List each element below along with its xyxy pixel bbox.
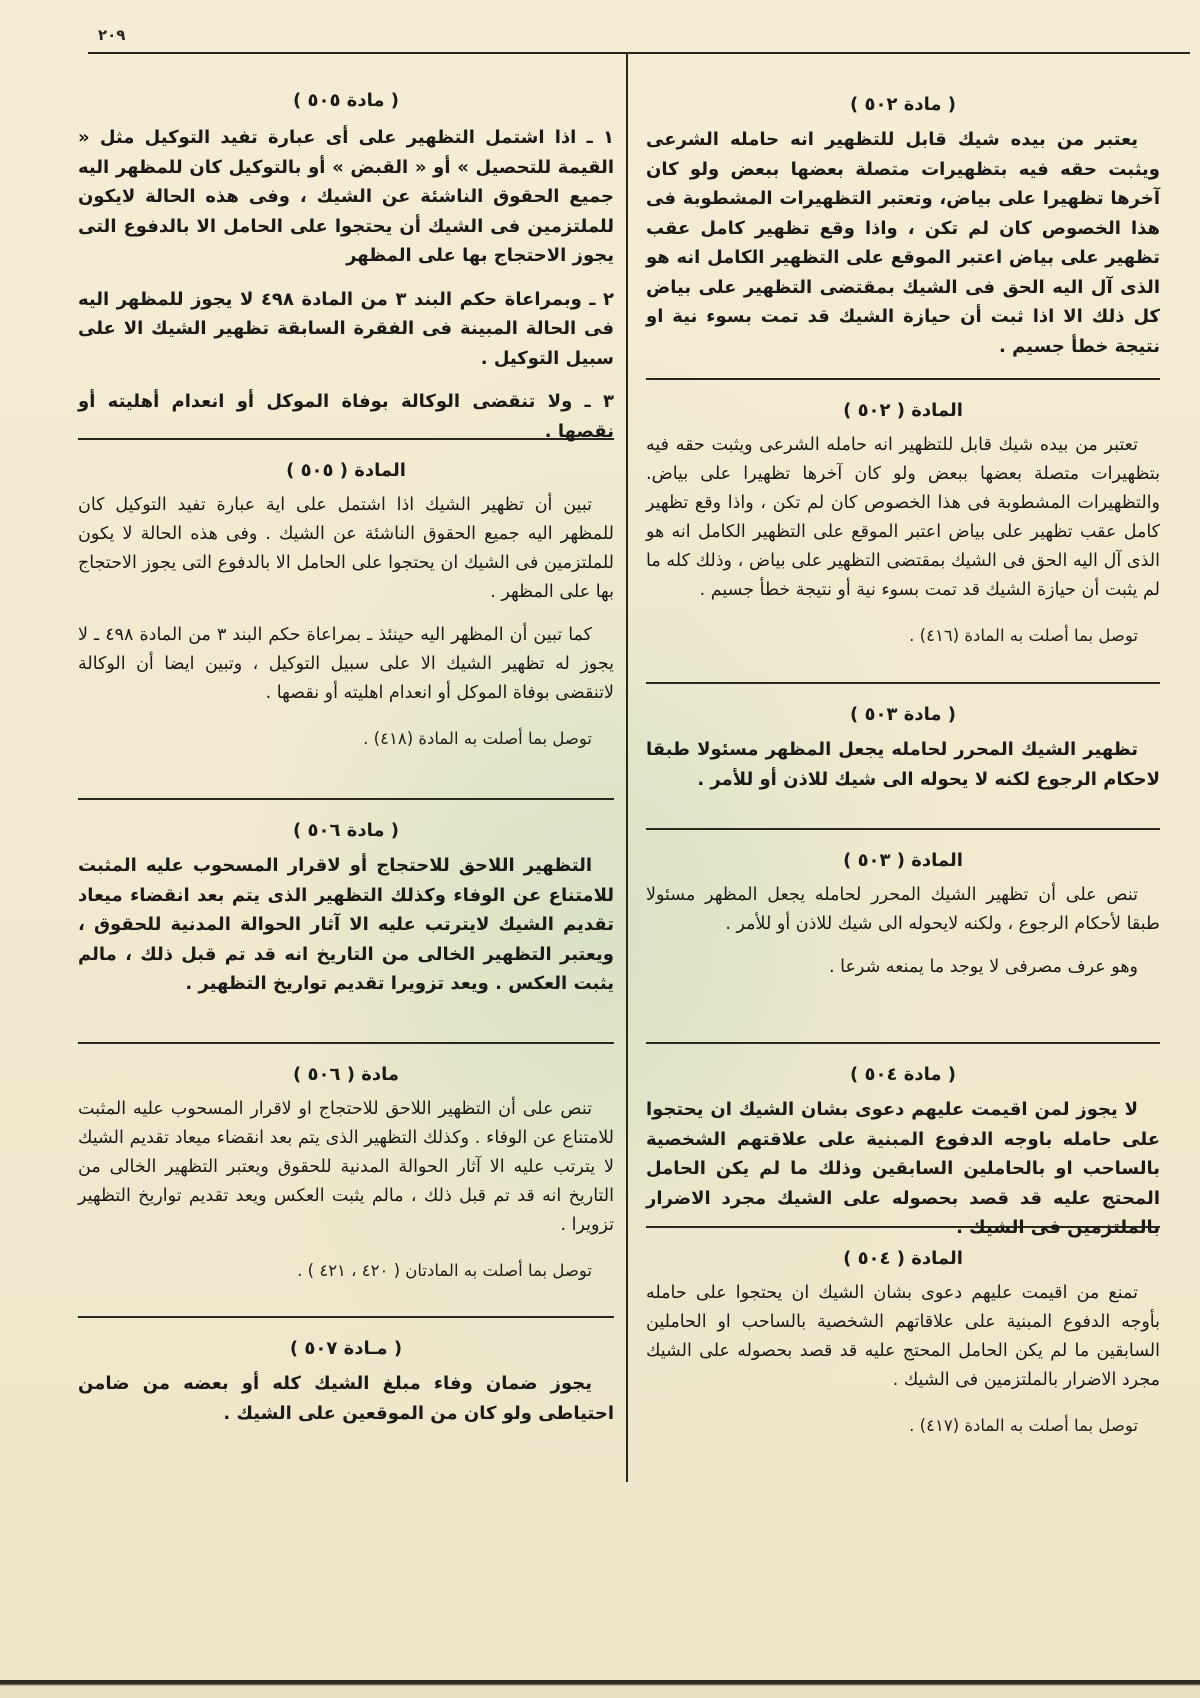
section-divider xyxy=(646,1042,1160,1044)
commentary-paragraph: تعتبر من بيده شيك قابل للتظهير انه حامله… xyxy=(646,431,1160,605)
article-506-text: ( مادة ٥٠٦ ) التظهير اللاحق للاحتجاج أو … xyxy=(78,820,614,1026)
header-rule xyxy=(88,52,1190,54)
section-divider xyxy=(646,378,1160,380)
commentary-paragraph: تبين أن تظهير الشيك اذا اشتمل على اية عب… xyxy=(78,491,614,607)
source-note: توصل بما أصلت به المادة (٤١٦) . xyxy=(646,623,1160,649)
article-504-commentary: المادة ( ٥٠٤ ) تمنع من اقيمت عليهم دعوى … xyxy=(646,1248,1160,1438)
article-502-commentary: المادة ( ٥٠٢ ) تعتبر من بيده شيك قابل لل… xyxy=(646,400,1160,666)
article-heading: المادة ( ٥٠٤ ) xyxy=(646,1248,1160,1269)
article-505-commentary: المادة ( ٥٠٥ ) تبين أن تظهير الشيك اذا ا… xyxy=(78,460,614,782)
section-divider xyxy=(78,1042,614,1044)
section-divider xyxy=(78,798,614,800)
article-heading: ( مـادة ٥٠٧ ) xyxy=(78,1338,614,1359)
article-heading: ( مادة ٥٠٤ ) xyxy=(646,1064,1160,1085)
article-paragraph: التظهير اللاحق للاحتجاج أو لاقرار المسحو… xyxy=(78,851,614,999)
article-paragraph: تظهير الشيك المحرر لحامله يجعل المظهر مس… xyxy=(646,735,1160,794)
article-heading: ( مادة ٥٠٦ ) xyxy=(78,820,614,841)
article-506-commentary: مادة ( ٥٠٦ ) تنص على أن التظهير اللاحق ل… xyxy=(78,1064,614,1300)
left-column: ( مادة ٥٠٥ ) ١ ـ اذا اشتمل التظهير على أ… xyxy=(78,90,614,1448)
article-clause-2: ٢ ـ وبمراعاة حكم البند ٣ من المادة ٤٩٨ ل… xyxy=(78,285,614,374)
article-heading: المادة ( ٥٠٣ ) xyxy=(646,850,1160,871)
article-504-text: ( مادة ٥٠٤ ) لا يجوز لمن اقيمت عليهم دعو… xyxy=(646,1064,1160,1210)
page-number: ٢٠٩ xyxy=(98,26,125,44)
source-note: توصل بما أصلت به المادة (٤١٧) . xyxy=(646,1413,1160,1439)
commentary-paragraph: وهو عرف مصرفى لا يوجد ما يمنعه شرعا . xyxy=(646,953,1160,982)
article-paragraph: يجوز ضمان وفاء مبلغ الشيك كله أو بعضه من… xyxy=(78,1369,614,1428)
article-heading: المادة ( ٥٠٥ ) xyxy=(78,460,614,481)
commentary-paragraph: تنص على أن تظهير الشيك المحرر لحامله يجع… xyxy=(646,881,1160,939)
article-heading: مادة ( ٥٠٦ ) xyxy=(78,1064,614,1085)
article-503-text: ( مادة ٥٠٣ ) تظهير الشيك المحرر لحامله ي… xyxy=(646,704,1160,812)
source-note: توصل بما أصلت به المادتان ( ٤٢٠ ، ٤٢١ ) … xyxy=(78,1258,614,1284)
commentary-paragraph: تنص على أن التظهير اللاحق للاحتجاج او لا… xyxy=(78,1095,614,1240)
article-heading: ( مادة ٥٠٥ ) xyxy=(78,90,614,111)
section-divider xyxy=(78,1316,614,1318)
commentary-paragraph: كما تبين أن المظهر اليه حينئذ ـ بمراعاة … xyxy=(78,621,614,708)
article-clause-3: ٣ ـ ولا تنقضى الوكالة بوفاة الموكل أو ان… xyxy=(78,387,614,446)
article-paragraph: يعتبر من بيده شيك قابل للتظهير انه حامله… xyxy=(646,125,1160,361)
commentary-paragraph: تمنع من اقيمت عليهم دعوى بشان الشيك ان ي… xyxy=(646,1279,1160,1395)
article-clause-1: ١ ـ اذا اشتمل التظهير على أى عبارة تفيد … xyxy=(78,123,614,271)
article-heading: المادة ( ٥٠٢ ) xyxy=(646,400,1160,421)
right-column: ( مادة ٥٠٢ ) يعتبر من بيده شيك قابل للتظ… xyxy=(646,94,1160,1438)
section-divider xyxy=(646,682,1160,684)
article-507-text: ( مـادة ٥٠٧ ) يجوز ضمان وفاء مبلغ الشيك … xyxy=(78,1338,614,1448)
column-divider xyxy=(626,54,628,1482)
article-502-text: ( مادة ٥٠٢ ) يعتبر من بيده شيك قابل للتظ… xyxy=(646,94,1160,362)
article-503-commentary: المادة ( ٥٠٣ ) تنص على أن تظهير الشيك ال… xyxy=(646,850,1160,1026)
article-heading: ( مادة ٥٠٢ ) xyxy=(646,94,1160,115)
source-note: توصل بما أصلت به المادة (٤١٨) . xyxy=(78,726,614,752)
article-505-text: ( مادة ٥٠٥ ) ١ ـ اذا اشتمل التظهير على أ… xyxy=(78,90,614,422)
section-divider xyxy=(646,828,1160,830)
page-bottom-edge xyxy=(0,1680,1200,1698)
article-heading: ( مادة ٥٠٣ ) xyxy=(646,704,1160,725)
article-paragraph: لا يجوز لمن اقيمت عليهم دعوى بشان الشيك … xyxy=(646,1095,1160,1243)
